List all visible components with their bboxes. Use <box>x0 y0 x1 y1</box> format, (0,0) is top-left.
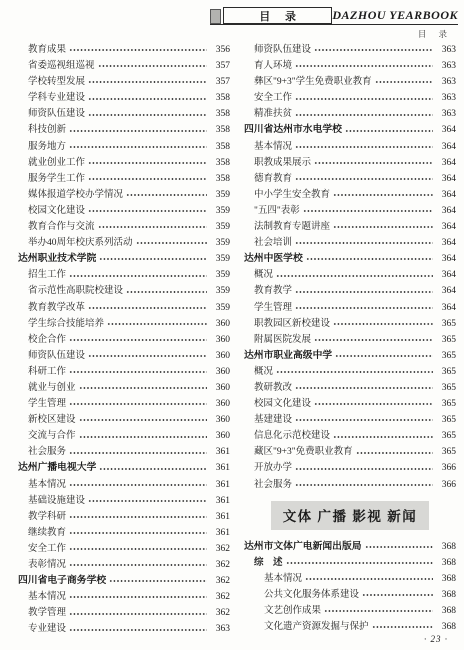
dot-leader <box>286 555 433 571</box>
dot-leader <box>88 493 207 509</box>
dot-leader <box>109 573 207 589</box>
toc-entry: 服务学生工作358 <box>18 171 230 187</box>
toc-entry-page: 364 <box>436 219 456 235</box>
toc-title-box: 目 录 <box>223 7 332 24</box>
toc-entry-title: 省示范性高职院校建设 <box>28 283 123 299</box>
toc-entry-page: 368 <box>436 539 456 555</box>
toc-entry-title: 校园文化建设 <box>254 396 311 412</box>
toc-entry-page: 363 <box>436 90 456 106</box>
toc-entry: 安全工作362 <box>18 541 230 557</box>
dot-leader <box>79 380 207 396</box>
toc-entry: 文化遗产资源发掘与保护368 <box>244 619 456 635</box>
toc-entry-title: 专业建设 <box>28 621 66 637</box>
dot-leader <box>295 58 433 74</box>
yearbook-title: DAZHOU YEARBOOK <box>332 7 458 24</box>
dot-leader <box>69 621 207 637</box>
dot-leader <box>362 587 433 603</box>
toc-entry-page: 363 <box>436 58 456 74</box>
toc-entry: 开放办学366 <box>244 460 456 476</box>
toc-entry-title: 师资队伍建设 <box>28 106 85 122</box>
toc-entry-page: 360 <box>210 380 230 396</box>
toc-entry-page: 362 <box>210 605 230 621</box>
toc-entry: 达州市文体广电新闻出版局368 <box>244 539 456 555</box>
toc-entry-title: 教学管理 <box>28 605 66 621</box>
toc-entry-title: 校企合作 <box>28 332 66 348</box>
toc-entry: 达州中医学校364 <box>244 251 456 267</box>
toc-entry-title: 职教园区新校建设 <box>254 316 330 332</box>
toc-entry: 四川省电子商务学校362 <box>18 573 230 589</box>
toc-entry-page: 368 <box>436 571 456 587</box>
toc-entry: 科研工作360 <box>18 364 230 380</box>
toc-entry: 教学管理362 <box>18 605 230 621</box>
dot-leader <box>276 267 433 283</box>
toc-entry: 专业建设363 <box>18 621 230 637</box>
toc-entry-title: 师资队伍建设 <box>254 42 311 58</box>
toc-entry: 精准扶贫363 <box>244 106 456 122</box>
toc-entry: 交流与合作360 <box>18 428 230 444</box>
toc-column-right: 师资队伍建设363育人环境363彝区"9+3"学生免费职业教育363安全工作36… <box>244 42 456 636</box>
toc-entry-page: 359 <box>210 300 230 316</box>
toc-entry-title: 达州市文体广电新闻出版局 <box>244 539 362 555</box>
toc-entry-title: 基本情况 <box>254 139 292 155</box>
toc-entry-title: 文化遗产资源发掘与保护 <box>264 619 369 635</box>
dot-leader <box>88 171 207 187</box>
toc-entry-page: 365 <box>436 348 456 364</box>
toc-entry: 社会服务366 <box>244 477 456 493</box>
toc-entry-page: 361 <box>210 525 230 541</box>
toc-entry-title: 教研教改 <box>254 380 292 396</box>
toc-entry: 职教园区新校建设365 <box>244 316 456 332</box>
toc-entry-page: 358 <box>210 106 230 122</box>
toc-entry-page: 368 <box>436 603 456 619</box>
toc-entry-page: 356 <box>210 42 230 58</box>
dot-leader <box>295 283 433 299</box>
toc-entry: 达州职业技术学院359 <box>18 251 230 267</box>
toc-entry-title: 达州中医学校 <box>244 251 303 267</box>
toc-entry: 达州广播电视大学361 <box>18 460 230 476</box>
toc-entry-title: 招生工作 <box>28 267 66 283</box>
dot-leader <box>69 139 207 155</box>
toc-entry-page: 363 <box>436 74 456 90</box>
dot-leader <box>136 235 207 251</box>
toc-column-left: 教育成果356省委巡视组巡视357学校转型发展357学科专业建设358师资队伍建… <box>18 42 230 636</box>
toc-entry-page: 359 <box>210 219 230 235</box>
toc-entry-page: 363 <box>436 106 456 122</box>
dot-leader <box>99 251 207 267</box>
toc-entry: 信息化示范校建设365 <box>244 428 456 444</box>
dot-leader <box>88 155 207 171</box>
dot-leader <box>69 477 207 493</box>
toc-entry-page: 360 <box>210 316 230 332</box>
toc-entry-title: 媒体报道学校办学情况 <box>28 187 123 203</box>
toc-entry: 就业创业工作358 <box>18 155 230 171</box>
toc-entry: 藏区"9+3"免费职业教育365 <box>244 444 456 460</box>
dot-leader <box>335 348 433 364</box>
dot-leader <box>314 396 433 412</box>
toc-entry-title: 中小学生安全教育 <box>254 187 330 203</box>
toc-entry-title: 教育合作与交流 <box>28 219 95 235</box>
toc-entry: 教育成果356 <box>18 42 230 58</box>
toc-entry: 综 述368 <box>244 555 456 571</box>
toc-entry-title: 安全工作 <box>28 541 66 557</box>
dot-leader <box>98 219 207 235</box>
dot-leader <box>126 187 207 203</box>
toc-entry: 安全工作363 <box>244 90 456 106</box>
dot-leader <box>69 444 207 460</box>
toc-entry-page: 362 <box>210 557 230 573</box>
dot-leader <box>345 122 433 138</box>
dot-leader <box>295 106 433 122</box>
toc-entry: 教学科研361 <box>18 509 230 525</box>
toc-entry-title: 就业创业工作 <box>28 155 85 171</box>
dot-leader <box>88 90 207 106</box>
toc-entry-title: 四川省电子商务学校 <box>18 573 106 589</box>
toc-entry: 育人环境363 <box>244 58 456 74</box>
toc-entry: 基本情况364 <box>244 139 456 155</box>
toc-entry-page: 360 <box>210 396 230 412</box>
toc-entry-title: 表彰情况 <box>28 557 66 573</box>
toc-entry-page: 363 <box>210 621 230 637</box>
dot-leader <box>324 603 433 619</box>
toc-entry: 校园文化建设359 <box>18 203 230 219</box>
toc-entry-page: 364 <box>436 251 456 267</box>
toc-entry-page: 361 <box>210 444 230 460</box>
toc-entry-page: 357 <box>210 74 230 90</box>
toc-entry-page: 362 <box>210 541 230 557</box>
toc-entry: 社会培训364 <box>244 235 456 251</box>
toc-entry-title: 省委巡视组巡视 <box>28 58 95 74</box>
toc-entry-page: 365 <box>436 332 456 348</box>
toc-entry-page: 366 <box>436 460 456 476</box>
dot-leader <box>88 348 207 364</box>
dot-leader <box>314 155 433 171</box>
toc-entry: 媒体报道学校办学情况359 <box>18 187 230 203</box>
toc-entry: 基建建设365 <box>244 412 456 428</box>
toc-entry-title: 法制教育专题讲座 <box>254 219 330 235</box>
toc-entry-page: 364 <box>436 122 456 138</box>
toc-entry-title: 服务地方 <box>28 139 66 155</box>
dot-leader <box>69 541 207 557</box>
toc-entry-title: 服务学生工作 <box>28 171 85 187</box>
toc-entry: 四川省达州市水电学校364 <box>244 122 456 138</box>
toc-entry-page: 361 <box>210 477 230 493</box>
dot-leader <box>333 428 433 444</box>
toc-entry-page: 360 <box>210 348 230 364</box>
toc-entry: 新校区建设360 <box>18 412 230 428</box>
toc-entry-title: 社会服务 <box>28 444 66 460</box>
dot-leader <box>295 90 433 106</box>
dot-leader <box>295 412 433 428</box>
dot-leader <box>69 605 207 621</box>
toc-entry-page: 359 <box>210 187 230 203</box>
toc-entry-page: 365 <box>436 412 456 428</box>
toc-entry-page: 368 <box>436 619 456 635</box>
toc-entry-page: 360 <box>210 428 230 444</box>
toc-entry: 教育合作与交流359 <box>18 219 230 235</box>
dot-leader <box>295 477 433 493</box>
dot-leader <box>333 219 433 235</box>
toc-entry: 学生管理364 <box>244 300 456 316</box>
dot-leader <box>69 364 207 380</box>
toc-entry-page: 364 <box>436 171 456 187</box>
toc-entry-page: 365 <box>436 364 456 380</box>
toc-entry-title: 信息化示范校建设 <box>254 428 330 444</box>
toc-entry: 学生综合技能培养360 <box>18 316 230 332</box>
toc-entry-page: 368 <box>436 555 456 571</box>
toc-entry-page: 360 <box>210 412 230 428</box>
toc-entry-page: 365 <box>436 428 456 444</box>
dot-leader <box>305 571 433 587</box>
toc-entry-title: "五四"表彰 <box>254 203 300 219</box>
toc-entry-page: 368 <box>436 587 456 603</box>
toc-entry-title: 社会服务 <box>254 477 292 493</box>
toc-entry-title: 附属医院发展 <box>254 332 311 348</box>
toc-entry-page: 365 <box>436 396 456 412</box>
dot-leader <box>69 509 207 525</box>
toc-entry-title: 继续教育 <box>28 525 66 541</box>
dot-leader <box>295 300 433 316</box>
toc-entry-page: 359 <box>210 203 230 219</box>
dot-leader <box>69 396 207 412</box>
toc-entry-page: 365 <box>436 316 456 332</box>
toc-entry-page: 364 <box>436 300 456 316</box>
dot-leader <box>69 557 207 573</box>
toc-entry-page: 364 <box>436 283 456 299</box>
toc-entry-page: 363 <box>436 42 456 58</box>
toc-entry-page: 364 <box>436 235 456 251</box>
toc-entry-title: 藏区"9+3"免费职业教育 <box>254 444 353 460</box>
dot-leader <box>375 74 433 90</box>
toc-entry-page: 358 <box>210 171 230 187</box>
dot-leader <box>314 42 433 58</box>
dot-leader <box>69 589 207 605</box>
toc-entry-title: 教育成果 <box>28 42 66 58</box>
toc-entry-title: 四川省达州市水电学校 <box>244 122 342 138</box>
toc-entry-page: 364 <box>436 155 456 171</box>
dot-leader <box>333 187 433 203</box>
toc-entry: 公共文化服务体系建设368 <box>244 587 456 603</box>
toc-entry-title: 新校区建设 <box>28 412 76 428</box>
toc-entry-page: 360 <box>210 332 230 348</box>
dot-leader <box>99 460 207 476</box>
dot-leader <box>88 203 207 219</box>
toc-entry: 职教成果展示364 <box>244 155 456 171</box>
toc-entry: 社会服务361 <box>18 444 230 460</box>
toc-entry-page: 361 <box>210 509 230 525</box>
toc-entry: 彝区"9+3"学生免费职业教育363 <box>244 74 456 90</box>
toc-entry-title: 教学科研 <box>28 509 66 525</box>
toc-entry: 省委巡视组巡视357 <box>18 58 230 74</box>
dot-leader <box>306 251 433 267</box>
toc-entry-title: 精准扶贫 <box>254 106 292 122</box>
toc-entry: 教育教学改革359 <box>18 300 230 316</box>
toc-entry: 师资队伍建设363 <box>244 42 456 58</box>
dot-leader <box>88 74 207 90</box>
dot-leader <box>372 619 433 635</box>
toc-entry-page: 366 <box>436 477 456 493</box>
toc-entry-page: 358 <box>210 139 230 155</box>
toc-entry: 师资队伍建设360 <box>18 348 230 364</box>
toc-entry-title: 达州市职业高级中学 <box>244 348 332 364</box>
toc-entry-title: 学科专业建设 <box>28 90 85 106</box>
toc-entry-title: 教育教学 <box>254 283 292 299</box>
toc-entry-title: 综 述 <box>254 555 283 571</box>
toc-entry-title: 基本情况 <box>28 477 66 493</box>
toc-entry-title: 学校转型发展 <box>28 74 85 90</box>
dot-leader <box>295 460 433 476</box>
section-banner: 文体 广播 影视 新闻 <box>271 501 430 530</box>
toc-entry: 概况364 <box>244 267 456 283</box>
toc-entry: 省示范性高职院校建设359 <box>18 283 230 299</box>
dot-leader <box>295 139 433 155</box>
dot-leader <box>295 171 433 187</box>
dot-leader <box>276 364 433 380</box>
toc-entry: 附属医院发展365 <box>244 332 456 348</box>
toc-entry-title: 文艺创作成果 <box>264 603 321 619</box>
dot-leader <box>69 525 207 541</box>
toc-entry: 科技创新358 <box>18 122 230 138</box>
toc-entry: 概况365 <box>244 364 456 380</box>
toc-entry: 学生管理360 <box>18 396 230 412</box>
dot-leader <box>295 380 433 396</box>
toc-entry-title: 公共文化服务体系建设 <box>264 587 359 603</box>
header-tab-icon <box>210 9 221 24</box>
toc-entry-title: 举办40周年校庆系列活动 <box>28 235 133 251</box>
toc-entry-page: 364 <box>436 203 456 219</box>
toc-entry-page: 364 <box>436 187 456 203</box>
toc-entry: 师资队伍建设358 <box>18 106 230 122</box>
toc-entry-page: 359 <box>210 251 230 267</box>
toc-entry-title: 基本情况 <box>264 571 302 587</box>
toc-entry: 基础设施建设361 <box>18 493 230 509</box>
toc-entry: 就业与创业360 <box>18 380 230 396</box>
toc-entry-title: 安全工作 <box>254 90 292 106</box>
toc-entry-page: 364 <box>436 267 456 283</box>
toc-entry-page: 357 <box>210 58 230 74</box>
toc-entry-page: 365 <box>436 380 456 396</box>
toc-entry: 基本情况362 <box>18 589 230 605</box>
toc-entry: 教育教学364 <box>244 283 456 299</box>
toc-entry: 校企合作360 <box>18 332 230 348</box>
dot-leader <box>314 332 433 348</box>
toc-entry-title: 育人环境 <box>254 58 292 74</box>
toc-entry: 表彰情况362 <box>18 557 230 573</box>
toc-entry: 法制教育专题讲座364 <box>244 219 456 235</box>
toc-entry: 服务地方358 <box>18 139 230 155</box>
dot-leader <box>126 283 207 299</box>
toc-entry-page: 358 <box>210 122 230 138</box>
toc-entry-page: 361 <box>210 493 230 509</box>
toc-entry: 招生工作359 <box>18 267 230 283</box>
toc-entry: 校园文化建设365 <box>244 396 456 412</box>
toc-entry-page: 362 <box>210 573 230 589</box>
toc-entry-page: 362 <box>210 589 230 605</box>
toc-entry-title: 基本情况 <box>28 589 66 605</box>
toc-entry: 基本情况361 <box>18 477 230 493</box>
toc-entry-page: 358 <box>210 90 230 106</box>
dot-leader <box>333 316 433 332</box>
toc-entry-title: 校园文化建设 <box>28 203 85 219</box>
dot-leader <box>88 300 207 316</box>
toc-entry-title: 学生管理 <box>254 300 292 316</box>
dot-leader <box>79 428 207 444</box>
dot-leader <box>98 58 207 74</box>
toc-entry: "五四"表彰364 <box>244 203 456 219</box>
dot-leader <box>69 267 207 283</box>
toc-entry-title: 社会培训 <box>254 235 292 251</box>
toc-entry-page: 365 <box>436 444 456 460</box>
page-number: · 23 · <box>424 634 448 644</box>
toc-entry-title: 达州广播电视大学 <box>18 460 96 476</box>
toc-entry-title: 达州职业技术学院 <box>18 251 96 267</box>
toc-entry-title: 彝区"9+3"学生免费职业教育 <box>254 74 372 90</box>
toc-entry-title: 科研工作 <box>28 364 66 380</box>
dot-leader <box>69 332 207 348</box>
toc-entry: 文艺创作成果368 <box>244 603 456 619</box>
toc-entry: 继续教育361 <box>18 525 230 541</box>
dot-leader <box>356 444 433 460</box>
dot-leader <box>365 539 433 555</box>
toc-entry-title: 就业与创业 <box>28 380 76 396</box>
dot-leader <box>69 42 207 58</box>
toc-entry: 教研教改365 <box>244 380 456 396</box>
toc-entry-title: 学生综合技能培养 <box>28 316 104 332</box>
toc-entry: 举办40周年校庆系列活动359 <box>18 235 230 251</box>
toc-entry-page: 364 <box>436 139 456 155</box>
toc-entry: 中小学生安全教育364 <box>244 187 456 203</box>
toc-entry: 基本情况368 <box>244 571 456 587</box>
toc-columns: 教育成果356省委巡视组巡视357学校转型发展357学科专业建设358师资队伍建… <box>18 42 456 636</box>
toc-entry-title: 基建建设 <box>254 412 292 428</box>
toc-entry-page: 358 <box>210 155 230 171</box>
dot-leader <box>295 235 433 251</box>
toc-entry-page: 360 <box>210 364 230 380</box>
toc-entry-title: 学生管理 <box>28 396 66 412</box>
toc-entry-title: 交流与合作 <box>28 428 76 444</box>
toc-entry: 学科专业建设358 <box>18 90 230 106</box>
toc-entry-title: 概况 <box>254 364 273 380</box>
dot-leader <box>107 316 207 332</box>
toc-entry-title: 职教成果展示 <box>254 155 311 171</box>
toc-entry: 德育教育364 <box>244 171 456 187</box>
dot-leader <box>69 122 207 138</box>
toc-entry-page: 359 <box>210 283 230 299</box>
toc-entry: 学校转型发展357 <box>18 74 230 90</box>
toc-entry-page: 361 <box>210 460 230 476</box>
toc-entry-page: 359 <box>210 267 230 283</box>
dot-leader <box>303 203 433 219</box>
yearbook-toc-page: 目 录 DAZHOU YEARBOOK 目 录 教育成果356省委巡视组巡视35… <box>0 0 464 650</box>
toc-entry-page: 359 <box>210 235 230 251</box>
toc-entry: 达州市职业高级中学365 <box>244 348 456 364</box>
dot-leader <box>88 106 207 122</box>
toc-entry-title: 德育教育 <box>254 171 292 187</box>
toc-entry-title: 教育教学改革 <box>28 300 85 316</box>
toc-entry-title: 基础设施建设 <box>28 493 85 509</box>
running-head: 目 录 <box>418 28 452 40</box>
toc-entry-title: 开放办学 <box>254 460 292 476</box>
toc-entry-title: 概况 <box>254 267 273 283</box>
toc-entry-title: 师资队伍建设 <box>28 348 85 364</box>
page-header: 目 录 DAZHOU YEARBOOK <box>210 7 458 25</box>
dot-leader <box>79 412 207 428</box>
toc-entry-title: 科技创新 <box>28 122 66 138</box>
